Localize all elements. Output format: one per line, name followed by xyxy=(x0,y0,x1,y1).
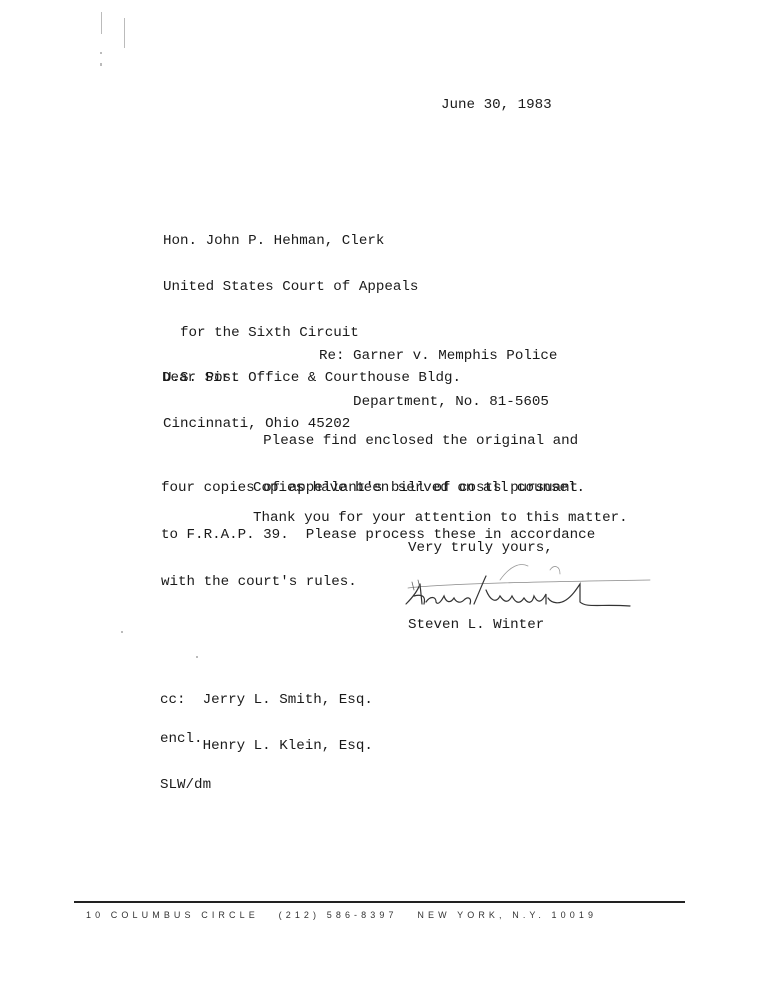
recipient-line: Hon. John P. Hehman, Clerk xyxy=(163,234,461,249)
letter-date: June 30, 1983 xyxy=(441,98,552,113)
recipient-line: United States Court of Appeals xyxy=(163,280,461,295)
scan-mark xyxy=(100,52,102,54)
letterhead-footer: 10 COLUMBUS CIRCLE (212) 586-8397 NEW YO… xyxy=(86,910,597,920)
enclosure-note: encl. xyxy=(160,732,211,747)
scan-mark xyxy=(100,63,102,66)
scan-mark xyxy=(196,656,198,658)
body-paragraph-3: Thank you for your attention to this mat… xyxy=(253,511,628,526)
signer-name: Steven L. Winter xyxy=(408,618,544,633)
scan-mark xyxy=(101,12,102,34)
scan-mark xyxy=(124,18,125,48)
footer-divider xyxy=(74,901,685,903)
enclosure-block: encl. SLW/dm xyxy=(160,702,211,808)
typist-initials: SLW/dm xyxy=(160,778,211,793)
body-paragraph-2: Copies have been served on all counsel. xyxy=(253,481,585,496)
closing: Very truly yours, xyxy=(408,541,553,556)
re-line-1: Re: Garner v. Memphis Police xyxy=(319,349,557,364)
signature-icon xyxy=(400,560,660,618)
body-line: Please find enclosed the original and xyxy=(161,434,595,450)
salutation: Dear Sir: xyxy=(162,371,239,386)
scan-mark xyxy=(121,631,123,633)
